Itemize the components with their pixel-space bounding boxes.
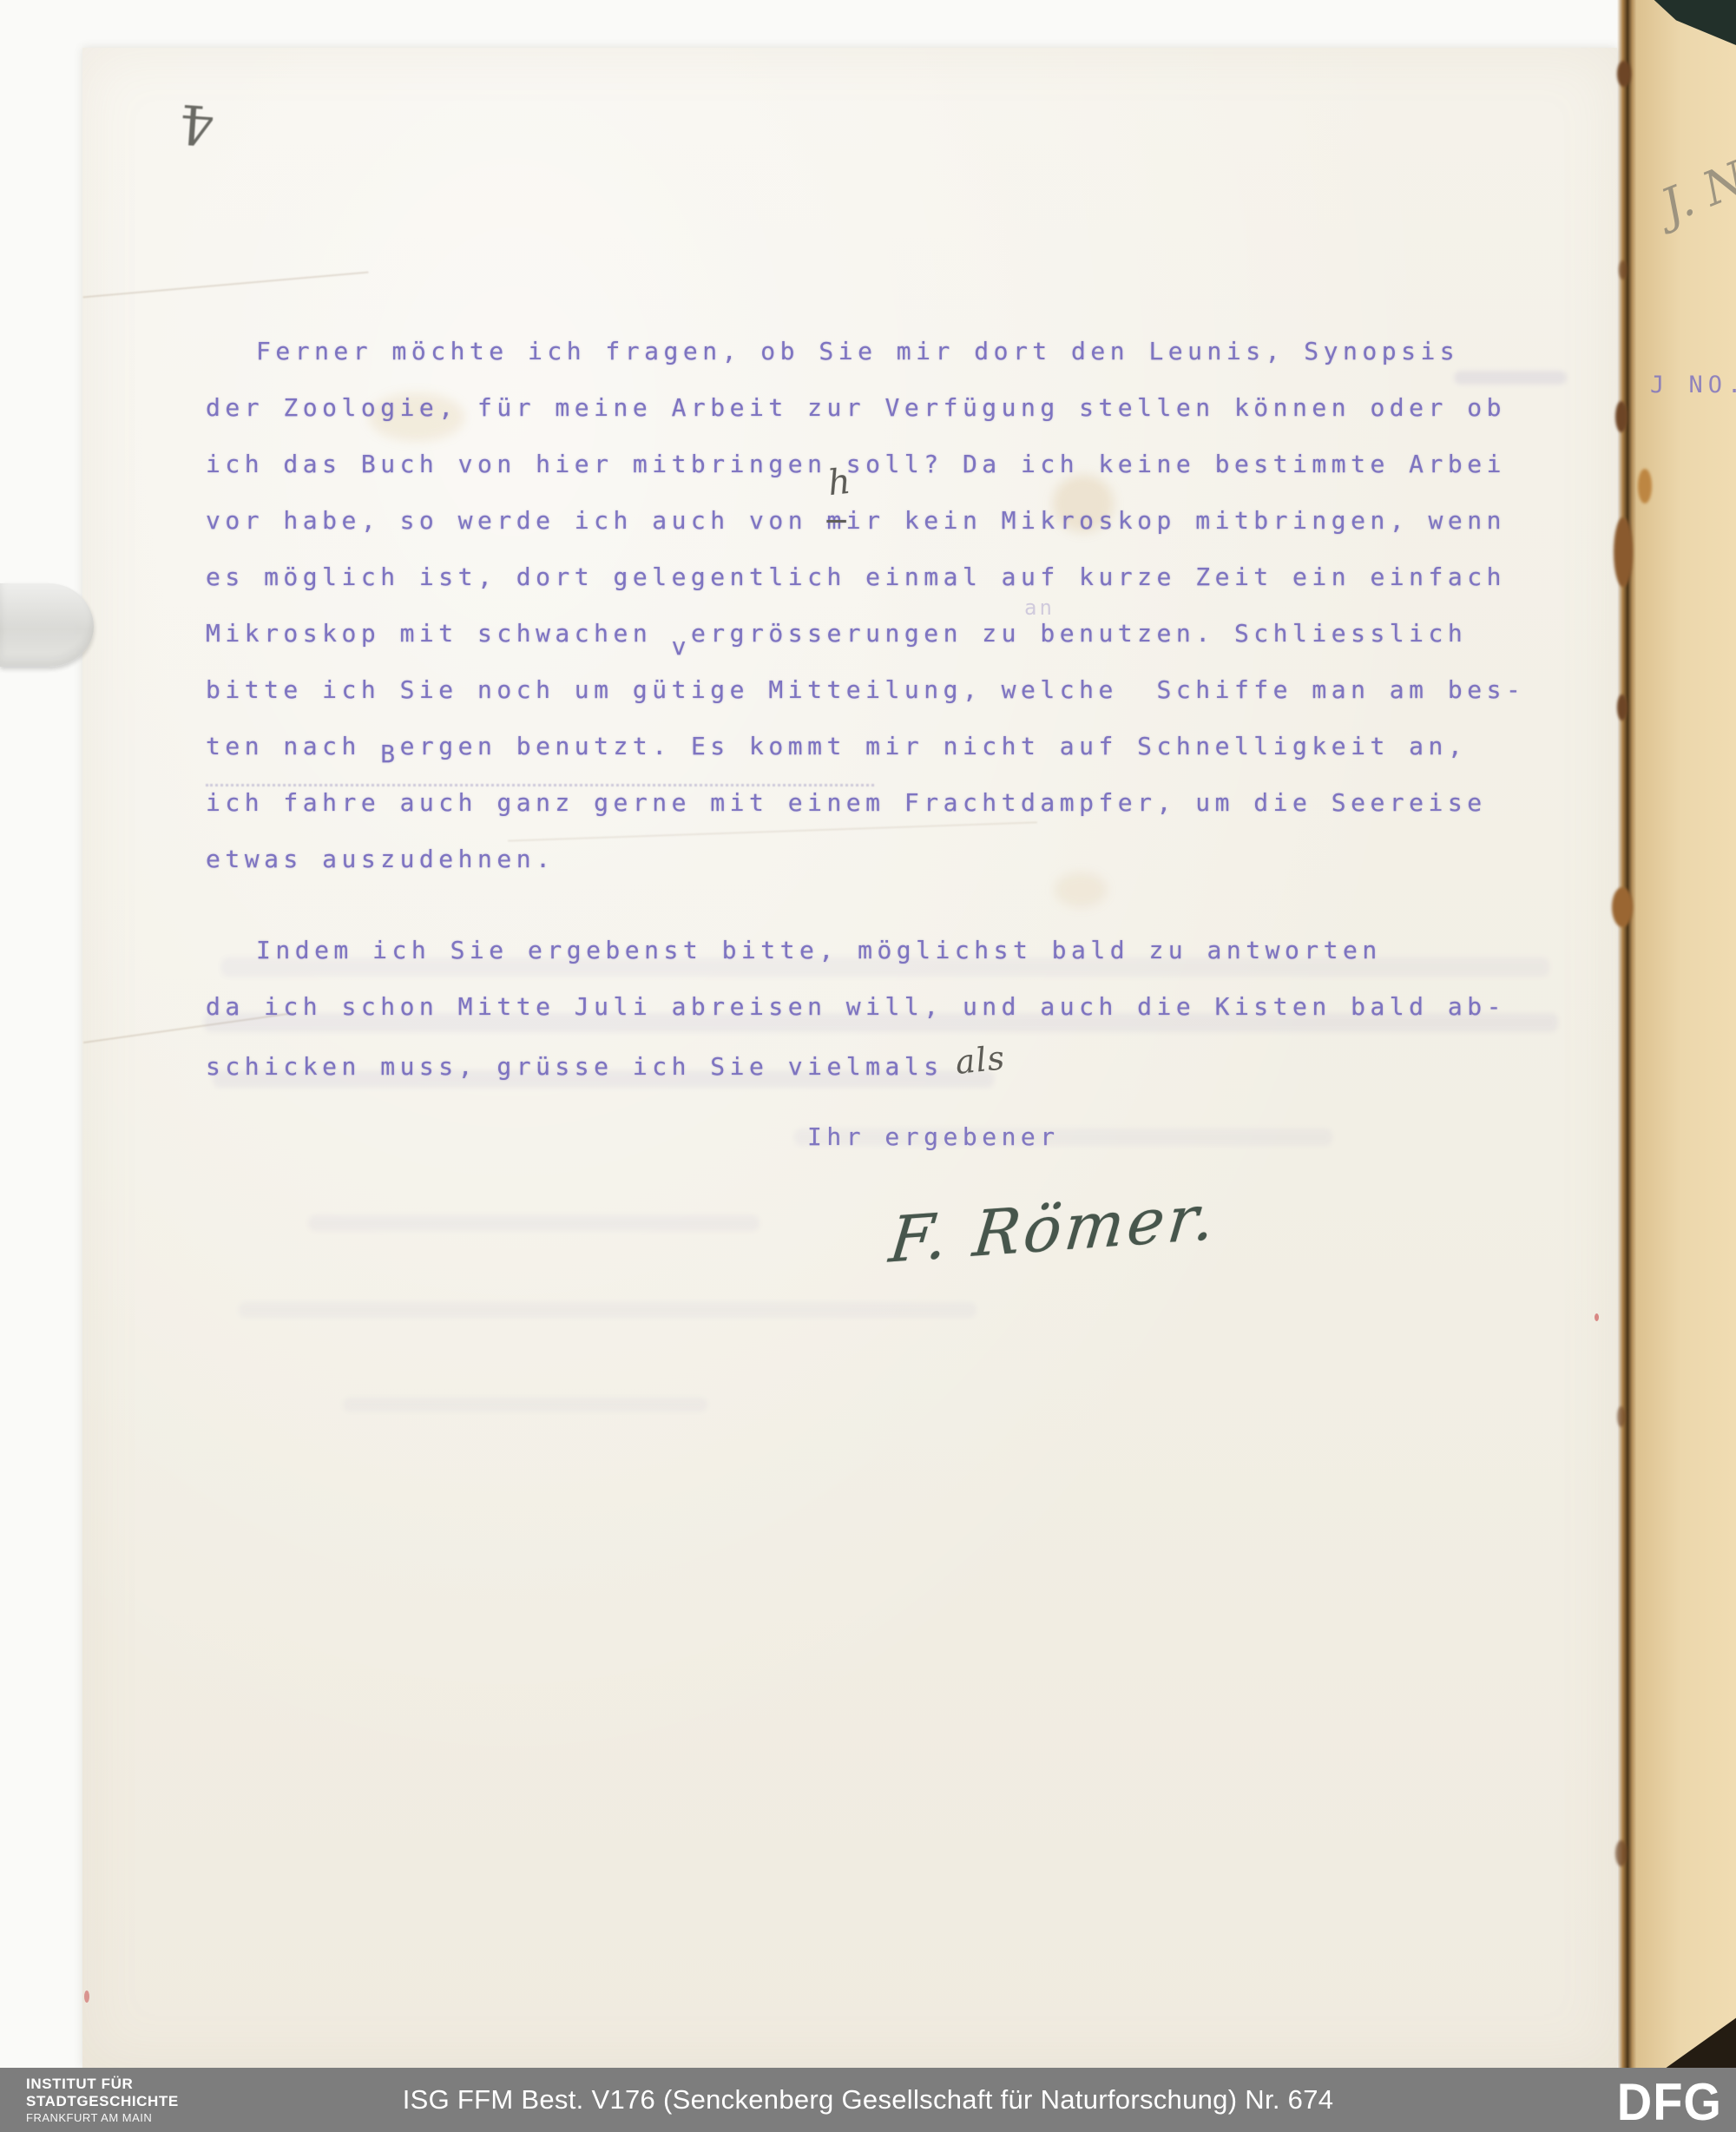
typewritten-line: Indem ich Sie ergebenst bitte, möglichst… (206, 936, 1382, 965)
line-text: vor habe, so werde ich auch von (206, 506, 826, 535)
typewritten-line: vor habe, so werde ich auch von mhir kei… (206, 506, 1506, 536)
line-text: ergen benutzt. Es kommt mir nicht auf Sc… (400, 732, 1468, 760)
typewritten-line: ich das Buch von hier mitbringen soll? D… (206, 450, 1506, 479)
line-text: ergrösserungen zu benutzen. Schliesslich (691, 619, 1467, 648)
book-gutter (1617, 0, 1636, 2068)
foxing-spot (1615, 401, 1627, 432)
typewritten-line: bitte ich Sie noch um gütige Mitteilung,… (206, 675, 1525, 705)
typewritten-line: der Zoologie, für meine Arbeit zur Verfü… (206, 393, 1506, 423)
typewritten-line: ich fahre auch ganz gerne mit einem Frac… (206, 788, 1487, 818)
typewritten-line: da ich schon Mitte Juli abreisen will, u… (206, 992, 1506, 1022)
foxing-spot (1617, 694, 1627, 721)
handwritten-als: als (954, 1043, 1007, 1077)
red-speck (84, 1991, 89, 2003)
adjacent-page: J. N J NO. (1636, 0, 1736, 2068)
foxing-spot (1615, 1840, 1627, 1866)
dropped-letter-v: v (672, 632, 691, 661)
footer-caption: ISG FFM Best. V176 (Senckenberg Gesellsc… (0, 2068, 1736, 2132)
foxing-spot (1617, 61, 1631, 87)
typewritten-line: schicken muss, grüsse ich Sie vielmalsal… (206, 1049, 1005, 1082)
foxing-spot (1619, 260, 1627, 280)
red-speck (1595, 1313, 1599, 1321)
journal-number-stamp: J NO. (1650, 372, 1736, 398)
footer-bar: INSTITUT FÜR STADTGESCHICHTE FRANKFURT A… (0, 2068, 1736, 2132)
struck-letter: m (826, 506, 845, 535)
book-cover-corner (1636, 0, 1736, 45)
foxing-spot (1617, 1406, 1626, 1427)
paper-crease (83, 272, 369, 299)
handwritten-insert-h: h (827, 467, 852, 499)
paper-crease (508, 821, 1037, 841)
typewritten-line: etwas auszudehnen. (206, 845, 555, 874)
faint-typed-correction: an (1024, 596, 1055, 620)
paper-stain (1055, 872, 1107, 907)
signature: F. Römer. (886, 1180, 1221, 1276)
bleedthrough-band (343, 1398, 707, 1411)
bleedthrough-band (308, 1215, 759, 1231)
dropped-letter-b: B (380, 740, 399, 769)
typewritten-line: es möglich ist, dort gelegentlich einmal… (206, 563, 1506, 592)
foxing-spot (1612, 887, 1633, 927)
line-text: ten nach (206, 732, 380, 760)
typewritten-line: Ferner möchte ich fragen, ob Sie mir dor… (206, 337, 1459, 366)
foxing-spot (1638, 469, 1652, 503)
book-cover-corner (1636, 1997, 1736, 2068)
foxing-spot (1614, 517, 1633, 587)
closing-line: Ihr ergebener (807, 1122, 1060, 1151)
line-text: schicken muss, grüsse ich Sie vielmals (206, 1052, 944, 1081)
handwritten-note: J. N (1654, 151, 1736, 234)
typewritten-line: Mikroskop mit schwachen vergrösserungen … (206, 619, 1467, 648)
line-text: ir kein Mikroskop mitbringen, wenn (846, 506, 1506, 535)
letter-page: 4 Ferner möchte ich fragen, ob Sie mir d… (82, 48, 1617, 2068)
page-number-stamp: 4 (178, 92, 216, 158)
faint-underline (206, 784, 874, 786)
bleedthrough-band (1454, 371, 1567, 385)
line-text: Mikroskop mit schwachen (206, 619, 672, 648)
bleedthrough-band (239, 1302, 976, 1318)
dfg-logo: DFG (1617, 2071, 1722, 2132)
correction-mir: mh (826, 506, 845, 536)
page-holder-tab (0, 583, 94, 667)
typewritten-line: ten nach Bergen benutzt. Es kommt mir ni… (206, 732, 1467, 761)
